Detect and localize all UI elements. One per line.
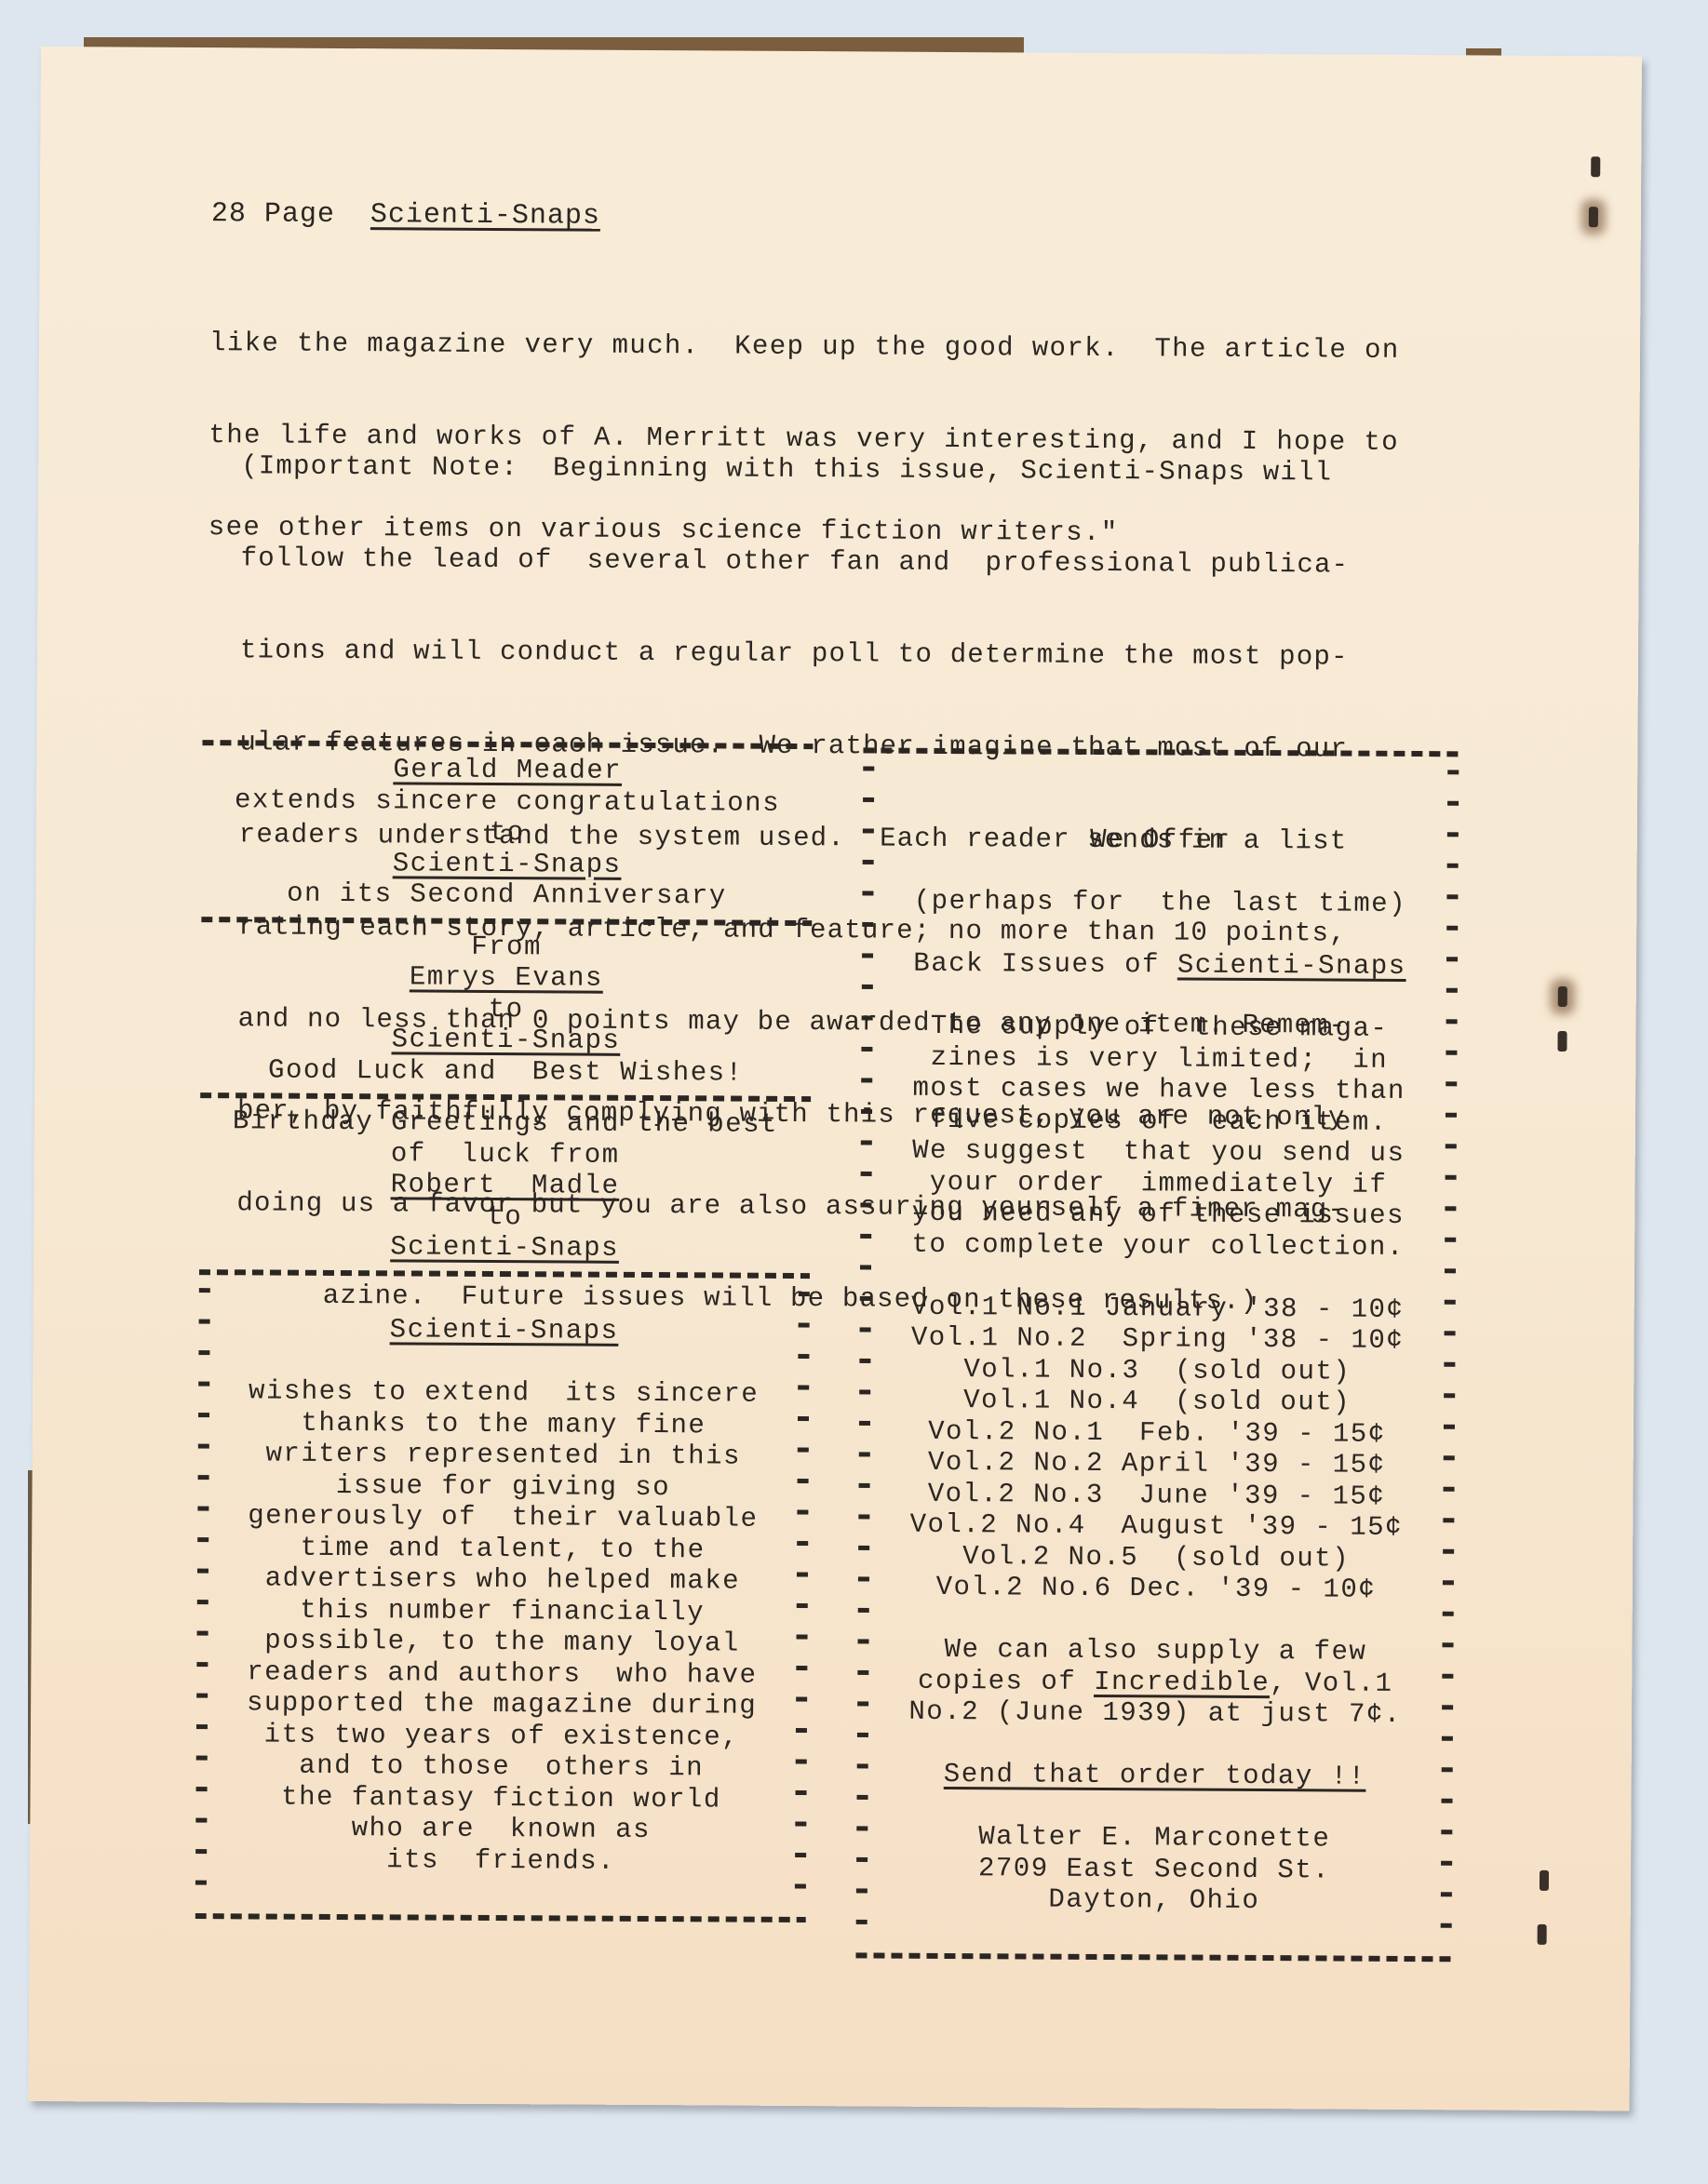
text-line: Good Luck and Best Wishes! <box>200 1054 811 1090</box>
text-line: follow the lead of several other fan and… <box>241 543 1544 582</box>
text-line: your order immediately if <box>892 1166 1424 1200</box>
left-column: Gerald Meader extends sincere congratula… <box>195 732 814 1929</box>
text-line: to <box>199 1199 810 1235</box>
text-line: , Vol.1 <box>1270 1668 1393 1699</box>
text-line: you need any of these issues <box>892 1198 1424 1232</box>
publication-name: Scienti-Snaps <box>393 848 622 880</box>
dashed-divider <box>200 1092 811 1102</box>
address-name: Walter E. Marconette <box>888 1821 1420 1856</box>
text-line: copies of <box>918 1665 1094 1696</box>
issue-list-item: Vol.2 No.6 Dec. '39 - 10¢ <box>890 1572 1422 1606</box>
text-line: its friends. <box>227 1843 774 1878</box>
text-line: five copies of each item. <box>893 1104 1425 1138</box>
publication-name: Scienti-Snaps <box>390 1314 619 1347</box>
text-line: zines is very limited; in <box>893 1041 1425 1076</box>
issue-list-item: Vol.2 No.1 Feb. '39 - 15¢ <box>891 1415 1423 1450</box>
dashed-divider <box>855 1952 1451 1962</box>
document-page: 28 Page Scienti-Snaps like the magazine … <box>29 47 1642 2110</box>
text-line: most cases we have less than <box>893 1073 1425 1107</box>
text-line: its two years of existence, <box>228 1719 775 1753</box>
issue-list-item: Vol.2 No.5 (sold out) <box>890 1540 1422 1574</box>
text-line: who are known as <box>227 1812 774 1846</box>
text-line: this number financially <box>229 1594 776 1628</box>
text-line: time and talent, to the <box>229 1532 776 1566</box>
text-line: writers represented in this <box>230 1438 777 1472</box>
text-line: of luck from <box>200 1137 811 1172</box>
text-line: We can also supply a few <box>889 1634 1421 1668</box>
text-line: to complete your collection. <box>892 1228 1424 1263</box>
ad-emrys-evans: From Emrys Evans to Scienti-Snaps Good L… <box>200 930 812 1090</box>
dashed-divider <box>199 1269 810 1279</box>
issue-list-item: Vol.1 No.4 (sold out) <box>891 1385 1423 1419</box>
text-line: extends sincere congratulations <box>202 784 813 820</box>
back-issues-offer: We Offer (perhaps for the last time) Bac… <box>856 760 1459 1949</box>
text-line: on its Second Anniversary <box>201 878 812 913</box>
text-line: to <box>202 815 813 851</box>
text-line: readers and authors who have <box>228 1656 775 1691</box>
address-city: Dayton, Ohio <box>888 1883 1420 1918</box>
ad-robert-madle: Birthday Greetings and the best of luck … <box>199 1105 811 1266</box>
text-line: thanks to the many fine <box>230 1407 777 1441</box>
text-line: From <box>201 930 812 965</box>
call-to-action: Send that order today !! <box>944 1759 1366 1792</box>
ad-gerald-meader: Gerald Meader extends sincere congratula… <box>201 753 813 913</box>
issue-list-item: Vol.1 No.1 January '38 - 10¢ <box>892 1291 1424 1325</box>
dashed-divider <box>202 740 813 749</box>
text-line: The supply of these maga- <box>893 1011 1425 1045</box>
text-line: possible, to the many loyal <box>228 1625 775 1659</box>
dashed-divider <box>195 1913 806 1923</box>
thanks-notice: Scienti-Snaps wishes to extend its since… <box>195 1282 810 1909</box>
right-column: We Offer (perhaps for the last time) Bac… <box>855 740 1459 1969</box>
advertiser-name: Emrys Evans <box>410 961 603 993</box>
offer-title: We Offer <box>894 824 1427 858</box>
text-line: wishes to extend its sincere <box>230 1375 777 1410</box>
advertiser-name: Robert Madle <box>391 1169 620 1201</box>
magazine-title: Incredible <box>1094 1666 1270 1697</box>
page-number: 28 Page <box>211 198 335 231</box>
issue-list-item: Vol.1 No.3 (sold out) <box>891 1353 1423 1387</box>
text-line: We suggest that you send us <box>893 1135 1425 1170</box>
text-line: Back Issues of <box>913 948 1160 981</box>
page-header: 28 Page Scienti-Snaps <box>211 198 600 233</box>
offer-subtitle: (perhaps for the last time) <box>894 886 1426 920</box>
publication-name: Scienti-Snaps <box>392 1024 621 1056</box>
text-line: (Important Note: Beginning with this iss… <box>241 450 1544 489</box>
text-line: to <box>201 992 812 1027</box>
issue-list-item: Vol.2 No.4 August '39 - 15¢ <box>890 1509 1422 1544</box>
publication-name: Scienti-Snaps <box>390 1231 619 1264</box>
dashed-divider <box>863 747 1459 757</box>
issue-list-item: Vol.2 No.2 April '39 - 15¢ <box>891 1447 1423 1481</box>
text-line: advertisers who helped make <box>229 1562 776 1597</box>
text-line: tions and will conduct a regular poll to… <box>240 635 1543 674</box>
text-line: No.2 (June 1939) at just 7¢. <box>889 1696 1421 1731</box>
address-street: 2709 East Second St. <box>888 1852 1420 1886</box>
publication-title: Scienti-Snaps <box>370 199 600 233</box>
text-line: issue for giving so <box>229 1469 776 1504</box>
text-line: Birthday Greetings and the best <box>200 1105 811 1141</box>
issue-list-item: Vol.2 No.3 June '39 - 15¢ <box>890 1478 1422 1512</box>
text-line: generously of their valuable <box>229 1500 776 1534</box>
issue-list-item: Vol.1 No.2 Spring '38 - 10¢ <box>891 1322 1423 1357</box>
advertiser-name: Gerald Meader <box>393 754 622 786</box>
text-line: and to those others in <box>228 1749 775 1784</box>
text-line: like the magazine very much. Keep up the… <box>209 328 1531 367</box>
publication-name: Scienti-Snaps <box>1177 949 1406 982</box>
dashed-divider <box>201 917 812 926</box>
text-line: the fantasy fiction world <box>227 1781 774 1816</box>
text-line: supported the magazine during <box>228 1687 775 1722</box>
